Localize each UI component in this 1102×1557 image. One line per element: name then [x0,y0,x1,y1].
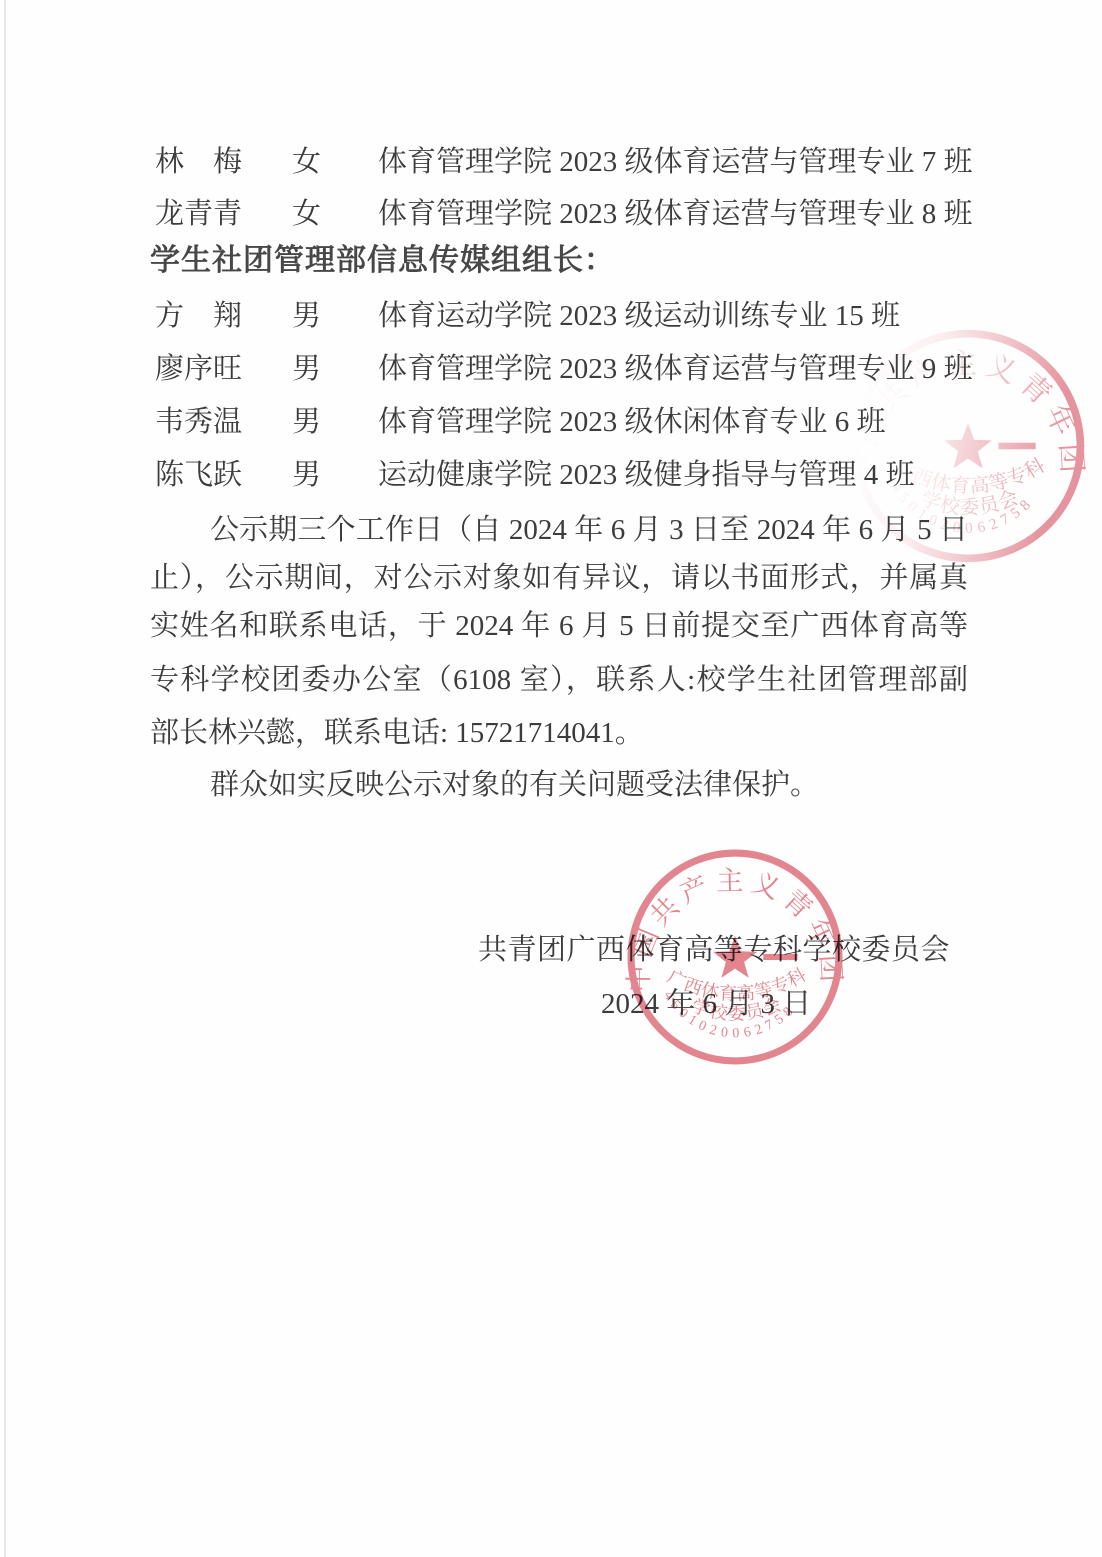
roster-row: 韦秀温男体育管理学院 2023 级休闲体育专业 6 班 [155,405,886,439]
member-name: 龙青青 [155,197,292,231]
official-seal-stamp: 中国共产主义青年团 广西体育高等专科 学校委员会 4501020062758 [624,846,846,1068]
member-name: 廖序旺 [155,352,292,386]
paragraph-line: 止），公示期间，对公示对象如有异议，请以书面形式，并属真 [150,560,968,596]
member-name: 林 梅 [155,145,292,179]
seal-inner-text-1: 广西体育高等专科 [664,964,810,1004]
member-class: 体育运动学院 2023 级运动训练专业 15 班 [378,300,900,332]
paragraph-line: 部长林兴懿，联系电话: 15721714041。 [150,715,968,751]
star-icon [944,423,992,468]
member-class: 体育管理学院 2023 级体育运营与管理专业 7 班 [378,146,973,178]
member-gender: 男 [292,299,378,333]
member-name: 陈飞跃 [155,458,292,492]
scan-edge-artifact [4,0,6,1557]
roster-row: 方 翔男体育运动学院 2023 级运动训练专业 15 班 [155,299,900,333]
seal-graphic: 中国共产主义青年团 广西体育高等专科 学校委员会 4501020062758 [848,326,1088,566]
member-gender: 男 [292,352,378,386]
member-name: 韦秀温 [155,405,292,439]
member-class: 运动健康学院 2023 级健身指导与管理 4 班 [378,459,915,491]
seal-inner-text-1: 广西体育高等专科 [891,454,1049,497]
seal-banner-bar [999,443,1036,450]
paragraph-line: 公示期三个工作日（自 2024 年 6 月 3 日至 2024 年 6 月 5 … [150,512,968,548]
member-class: 体育管理学院 2023 级休闲体育专业 6 班 [378,406,886,438]
star-icon [713,936,757,978]
member-gender: 女 [292,197,378,231]
seal-graphic: 中国共产主义青年团 广西体育高等专科 学校委员会 4501020062758 [624,846,846,1068]
section-heading: 学生社团管理部信息传媒组组长： [150,243,615,279]
paragraph-line: 群众如实反映公示对象的有关问题受法律保护。 [150,767,968,803]
paragraph-line: 实姓名和联系电话，于 2024 年 6 月 5 日前提交至广西体育高等 [150,608,968,644]
roster-row: 陈飞跃男运动健康学院 2023 级健身指导与管理 4 班 [155,458,915,492]
member-name: 方 翔 [155,299,292,333]
partial-seal-stamp: 中国共产主义青年团 广西体育高等专科 学校委员会 4501020062758 [848,326,1088,566]
member-gender: 男 [292,458,378,492]
document-page: 林 梅女体育管理学院 2023 级体育运营与管理专业 7 班 龙青青女体育管理学… [0,0,1102,1557]
seal-banner-bar [763,954,797,960]
roster-row: 林 梅女体育管理学院 2023 级体育运营与管理专业 7 班 [155,145,973,179]
member-gender: 男 [292,405,378,439]
member-gender: 女 [292,145,378,179]
member-class: 体育管理学院 2023 级体育运营与管理专业 8 班 [378,198,973,230]
roster-row: 龙青青女体育管理学院 2023 级体育运营与管理专业 8 班 [155,197,973,231]
paragraph-line: 专科学校团委办公室（6108 室），联系人:校学生社团管理部副 [150,662,968,698]
